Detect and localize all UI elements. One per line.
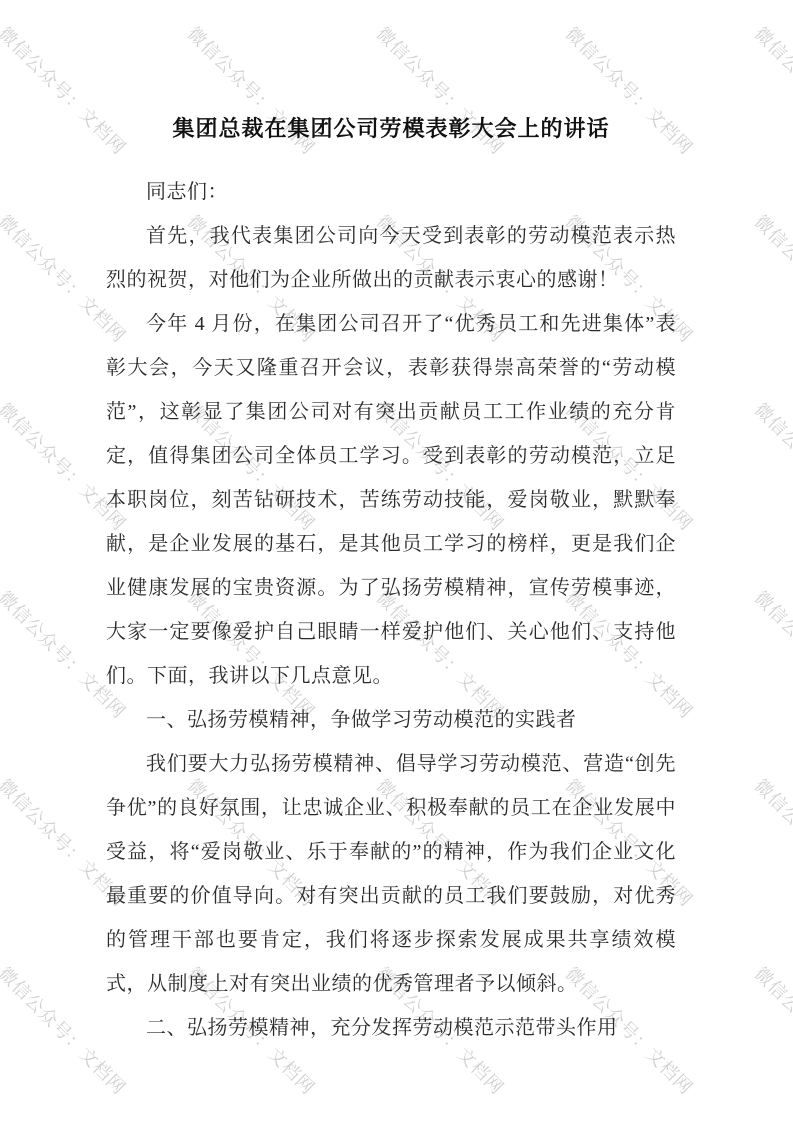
salutation: 同志们：	[106, 170, 676, 214]
body-paragraph: 我们要大力弘扬劳模精神、倡导学习劳动模范、营造“创先争优”的良好氛围，让忠诚企业…	[106, 742, 676, 1006]
watermark-text: 微信公众号：文档网	[751, 588, 793, 722]
body-paragraph: 首先，我代表集团公司向今天受到表彰的劳动模范表示热烈的祝贺，对他们为企业所做出的…	[106, 214, 676, 302]
document-page: 微信公众号：文档网微信公众号：文档网微信公众号：文档网微信公众号：文档网微信公众…	[0, 0, 793, 1122]
paragraph-container: 同志们：首先，我代表集团公司向今天受到表彰的劳动模范表示热烈的祝贺，对他们为企业…	[106, 170, 676, 1050]
watermark-text: 微信公众号：文档网	[751, 776, 793, 910]
watermark-text: 微信公众号：文档网	[751, 964, 793, 1098]
document-title: 集团总裁在集团公司劳模表彰大会上的讲话	[106, 114, 676, 144]
section-heading: 二、弘扬劳模精神，充分发挥劳动模范示范带头作用	[106, 1006, 676, 1050]
watermark-text: 微信公众号：文档网	[751, 212, 793, 346]
watermark-text: 微信公众号：文档网	[751, 24, 793, 158]
watermark-text: 微信公众号：文档网	[751, 400, 793, 534]
document-content: 集团总裁在集团公司劳模表彰大会上的讲话 同志们：首先，我代表集团公司向今天受到表…	[106, 0, 676, 1050]
section-heading: 一、弘扬劳模精神，争做学习劳动模范的实践者	[106, 698, 676, 742]
body-paragraph: 今年 4 月份，在集团公司召开了“优秀员工和先进集体”表彰大会，今天又隆重召开会…	[106, 302, 676, 698]
